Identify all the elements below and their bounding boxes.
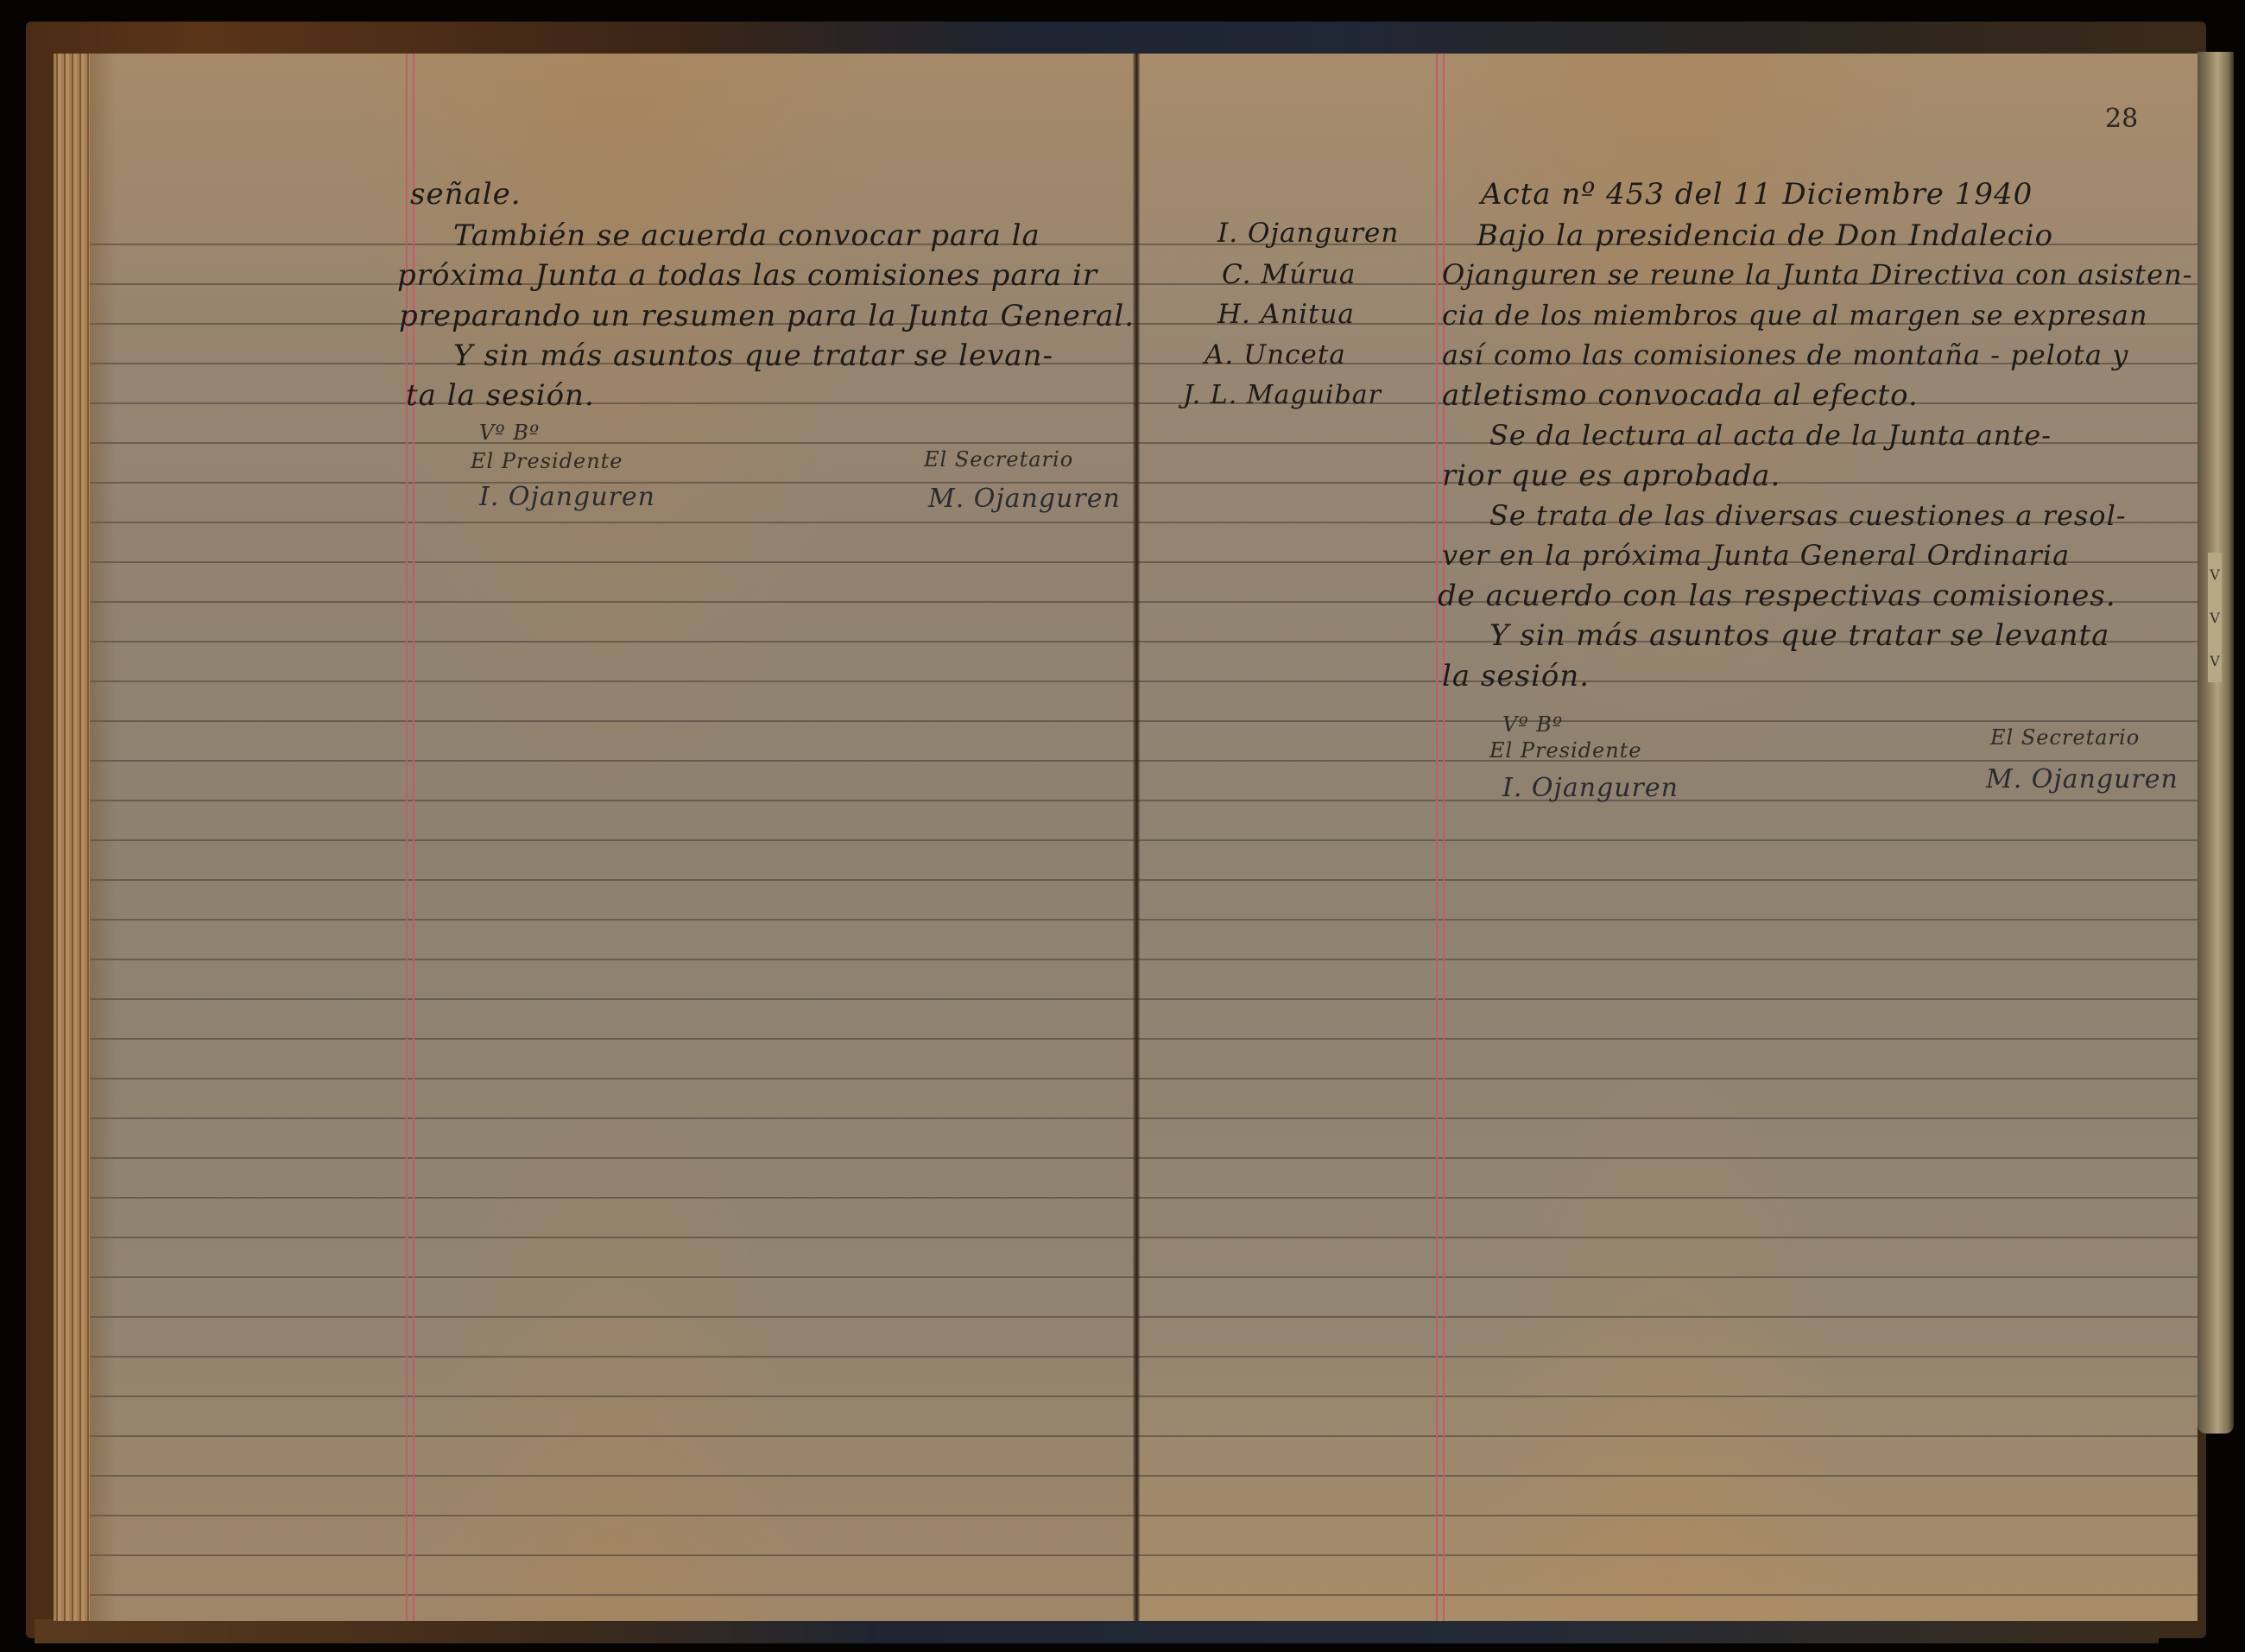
tab-marks: V V V xyxy=(2208,553,2222,682)
right-president-signature: I. Ojanguren xyxy=(1502,773,1679,803)
left-body-line-2: También se acuerda convocar para la xyxy=(453,218,1040,253)
right-body-line-6: atletismo convocada al efecto. xyxy=(1442,378,1919,413)
tab-mark: V xyxy=(2210,610,2220,626)
ruled-lines xyxy=(90,206,1137,1621)
left-president-signature: I. Ojanguren xyxy=(479,482,655,512)
right-body-line-3: Ojanguren se reune la Junta Directiva co… xyxy=(1442,258,2193,291)
right-body-line-7: Se da lectura al acta de la Junta ante- xyxy=(1489,419,2052,452)
right-body-line-2: Bajo la presidencia de Don Indalecio xyxy=(1477,218,2053,253)
left-president-title: El Presidente xyxy=(471,449,623,473)
margin-member-2: C. Múrua xyxy=(1222,259,1356,290)
left-vobo: Vº Bº xyxy=(479,421,540,445)
left-secretary-signature: M. Ojanguren xyxy=(928,484,1121,514)
page-stack-edge xyxy=(54,54,90,1621)
index-tab-strip xyxy=(2198,52,2234,1434)
margin-member-4: A. Unceta xyxy=(1205,339,1346,370)
right-secretary-title: El Secretario xyxy=(1990,725,2140,750)
page-edge-shadow xyxy=(90,54,116,1621)
right-body-line-5: así como las comisiones de montaña - pel… xyxy=(1442,339,2128,371)
left-body-line-1: señale. xyxy=(410,177,522,212)
right-vobo: Vº Bº xyxy=(1502,712,1563,737)
left-body-line-5: Y sin más asuntos que tratar se levan- xyxy=(453,339,1053,373)
left-body-line-6: ta la sesión. xyxy=(406,378,595,413)
right-heading-acta: Acta nº 453 del 11 Diciembre 1940 xyxy=(1481,177,2033,212)
margin-member-1: I. Ojanguren xyxy=(1217,218,1399,249)
right-body-line-10: ver en la próxima Junta General Ordinari… xyxy=(1442,539,2070,572)
tab-mark: V xyxy=(2210,653,2220,669)
margin-member-3: H. Anitua xyxy=(1217,299,1355,330)
right-body-line-4: cia de los miembros que al margen se exp… xyxy=(1442,299,2148,332)
book-cover-bottom-edge xyxy=(35,1619,2159,1643)
right-secretary-signature: M. Ojanguren xyxy=(1986,764,2179,794)
right-body-line-12: Y sin más asuntos que tratar se levanta xyxy=(1489,618,2109,653)
right-body-line-11: de acuerdo con las respectivas comisione… xyxy=(1438,579,2116,613)
right-body-line-13: la sesión. xyxy=(1442,659,1590,693)
margin-member-5: J. L. Maguibar xyxy=(1183,380,1382,410)
left-body-line-4: preparando un resumen para la Junta Gene… xyxy=(399,299,1135,333)
right-body-line-9: Se trata de las diversas cuestiones a re… xyxy=(1489,499,2127,532)
tab-mark: V xyxy=(2210,566,2220,583)
left-secretary-title: El Secretario xyxy=(924,447,1073,472)
right-president-title: El Presidente xyxy=(1489,738,1642,763)
page-number: 28 xyxy=(2105,104,2138,134)
ruled-lines xyxy=(1137,206,2198,1621)
left-body-line-3: próxima Junta a todas las comisiones par… xyxy=(397,258,1097,293)
right-body-line-8: rior que es aprobada. xyxy=(1442,459,1780,493)
book-spine-gutter xyxy=(1133,54,1140,1621)
